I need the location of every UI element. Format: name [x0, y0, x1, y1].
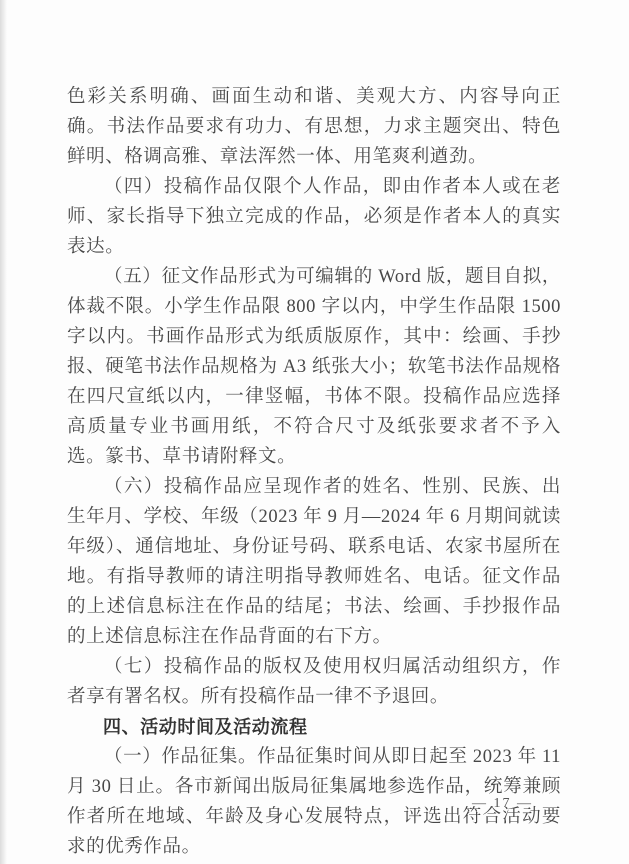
scan-edge-shadow	[0, 0, 7, 864]
paragraph-continuation: 色彩关系明确、画面生动和谐、美观大方、内容导向正确。书法作品要求有功力、有思想，…	[67, 82, 561, 172]
document-page: 色彩关系明确、画面生动和谐、美观大方、内容导向正确。书法作品要求有功力、有思想，…	[0, 0, 629, 864]
paragraph-item-5: （五）征文作品形式为可编辑的 Word 版，题目自拟，体裁不限。小学生作品限 8…	[67, 262, 561, 472]
paragraph-item-4: （四）投稿作品仅限个人作品，即由作者本人或在老师、家长指导下独立完成的作品，必须…	[67, 172, 561, 262]
section-heading-4: 四、活动时间及活动流程	[67, 712, 561, 742]
page-number: — 17 —	[472, 796, 533, 812]
document-body: 色彩关系明确、画面生动和谐、美观大方、内容导向正确。书法作品要求有功力、有思想，…	[67, 82, 561, 862]
paragraph-item-7: （七）投稿作品的版权及使用权归属活动组织方，作者享有署名权。所有投稿作品一律不予…	[67, 652, 561, 712]
paragraph-item-6: （六）投稿作品应呈现作者的姓名、性别、民族、出生年月、学校、年级（2023 年 …	[67, 472, 561, 652]
